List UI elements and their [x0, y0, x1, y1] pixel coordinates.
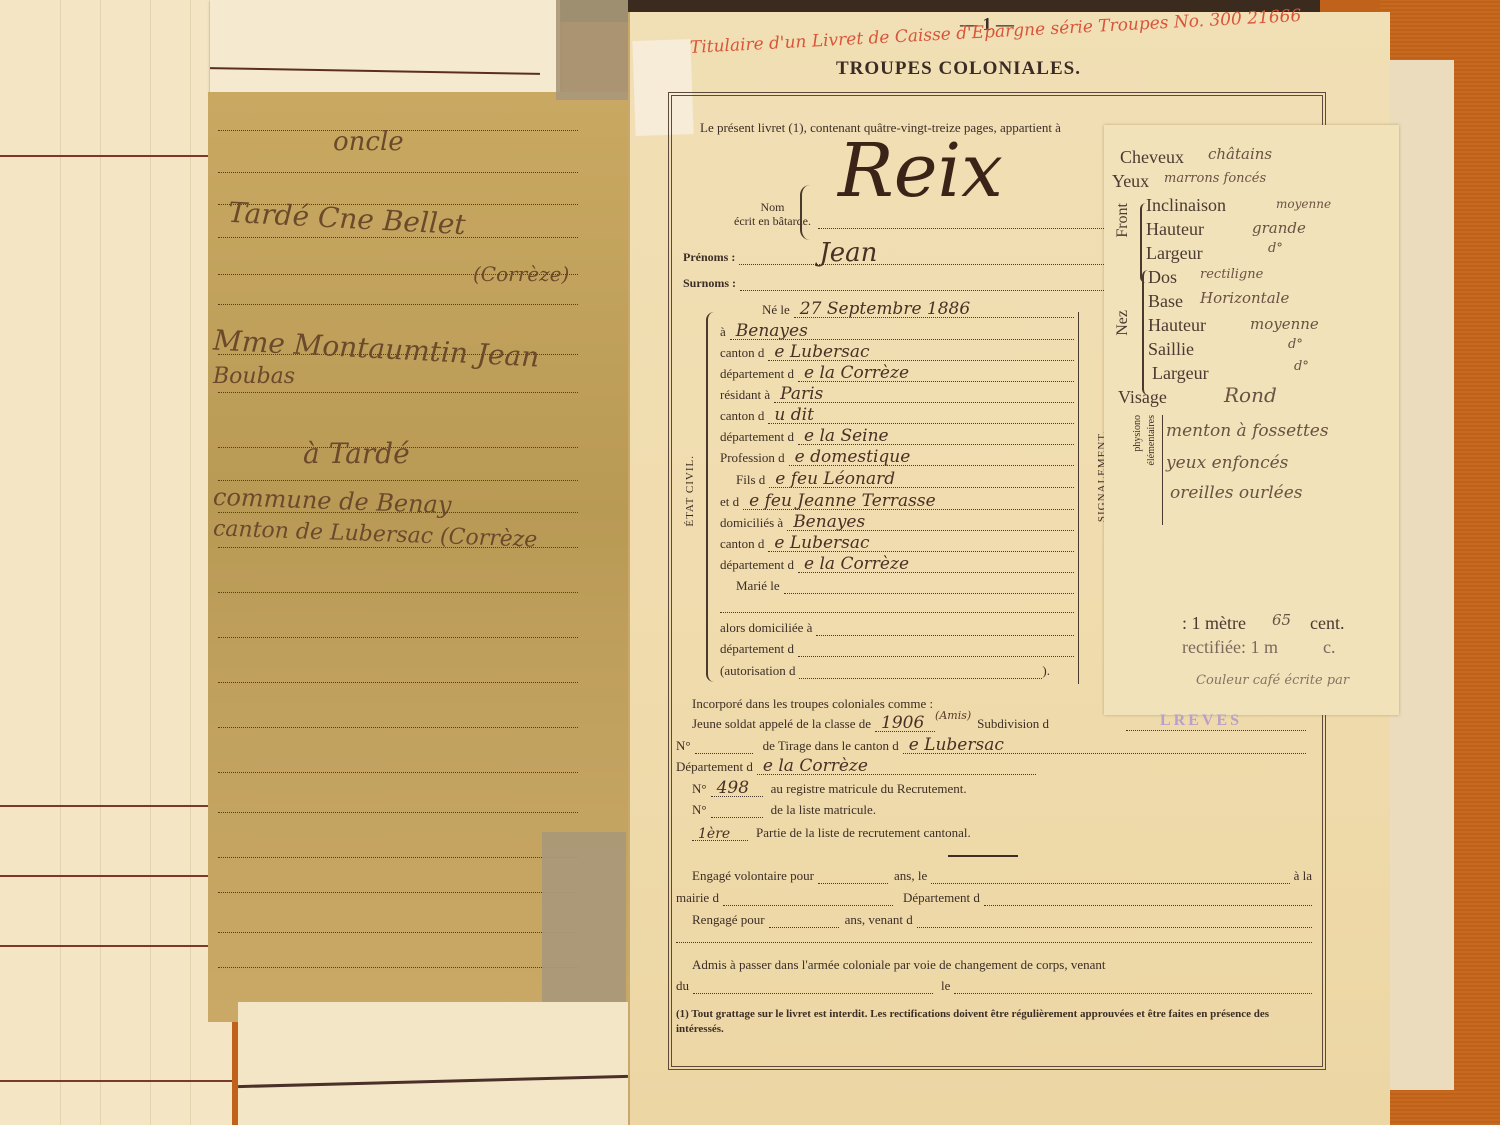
taille-label: : 1 mètre [1182, 613, 1246, 634]
marque-item: oreilles ourlées [1170, 483, 1303, 503]
bottom-paper-strip [238, 1002, 628, 1125]
surname-value: Reix [838, 128, 1003, 214]
etat-civil-row: canton de Lubersac [720, 345, 1074, 361]
liste-row: N° de la liste matricule. [692, 802, 992, 818]
engage-row: Engagé volontaire pour ans, le à la [692, 868, 1312, 884]
note-line: commune de Benay [213, 483, 452, 519]
etat-civil-row: département de la Corrèze [720, 557, 1074, 573]
etat-civil-row: Marié le [736, 578, 1074, 594]
divider [948, 855, 1018, 857]
taille-value: 65 [1272, 611, 1291, 629]
registre-row: N° 498 au registre matricule du Recrutem… [692, 781, 1072, 797]
etat-civil-row: Fils de feu Léonard [736, 472, 1074, 488]
etat-civil-row [720, 600, 1074, 613]
prenoms-value: Jean [819, 238, 877, 268]
page-title: TROUPES COLONIALES. [836, 58, 1081, 80]
tirage-row: N° de Tirage dans le canton d e Lubersac [676, 738, 1306, 754]
etat-civil-row: canton du dit [720, 408, 1074, 424]
mairie-row: mairie d Département d [676, 890, 1312, 906]
classe-row: Jeune soldat appelé de la classe de 1906… [692, 716, 1112, 732]
fabric-tape [556, 0, 628, 100]
prenoms-row: Prénoms : Jean [683, 250, 1108, 265]
etat-civil-row: département d [720, 641, 1074, 657]
etat-civil-row: alors domiciliée à [720, 620, 1074, 636]
note-line: (Corrèze) [473, 262, 569, 286]
etat-civil-row: domiciliés àBenayes [720, 515, 1074, 531]
marque-item: menton à fossettes [1166, 421, 1329, 441]
rengage-row: Rengagé pour ans, venant d [692, 912, 1312, 928]
note-line: à Tardé [303, 437, 410, 470]
surnoms-row: Surnoms : [683, 276, 1108, 291]
brace [706, 312, 714, 682]
footnote: (1) Tout grattage sur le livret est inte… [676, 1007, 1306, 1037]
etat-civil-row: département de la Corrèze [720, 366, 1074, 382]
note-line: Boubas [213, 364, 295, 389]
etat-civil-row: (autorisation d). [720, 663, 1050, 679]
marque-item: yeux enfoncés [1166, 453, 1288, 473]
incorporation-heading: Incorporé dans les troupes coloniales co… [692, 696, 933, 712]
note-line: oncle [333, 127, 404, 157]
etat-civil-row: et de feu Jeanne Terrasse [720, 494, 1074, 510]
etat-civil-row: département de la Seine [720, 429, 1074, 445]
brace [800, 185, 810, 240]
subdivision-stamp: LREVES [1160, 712, 1242, 730]
admis-text: Admis à passer dans l'armée coloniale pa… [692, 957, 1312, 973]
etat-civil-row: àBenayes [720, 324, 1074, 340]
etat-civil-label: ÉTAT CIVIL. [684, 455, 696, 527]
etat-civil-row: Profession de domestique [720, 450, 1074, 466]
top-paper-strip [210, 0, 560, 98]
signalement-slip: Cheveux châtains Yeux marrons foncés Fro… [1104, 125, 1399, 715]
du-row: du le [676, 978, 1312, 994]
left-ledger-page [0, 0, 232, 1125]
departement-row: Département d e la Corrèze [676, 759, 1036, 775]
etat-civil-row: Né le27 Septembre 1886 [762, 302, 1074, 318]
etat-civil-row: résidant àParis [720, 387, 1074, 403]
note-line: Tardé Cne Bellet [227, 196, 466, 241]
etat-civil-row: canton de Lubersac [720, 536, 1074, 552]
partie-row: 1ère Partie de la liste de recrutement c… [692, 825, 1072, 841]
